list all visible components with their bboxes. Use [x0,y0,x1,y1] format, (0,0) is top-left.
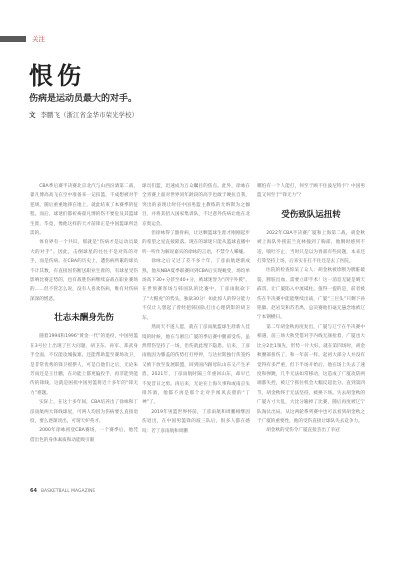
paragraph: 2000年徐咏初登CBA赛场，一个赛季后，他凭借出色的身体素质和动能吸引眼 [30,426,138,445]
section-bar [0,36,26,42]
article-title: 恨伤 [29,56,85,91]
paragraph: 医院的检查惊呆了众人：胡金秋被诊断为脾脏破裂，脾脏出血，需要立即手术！这一消息无… [257,266,365,322]
paragraph: 徐咏之后又过了差不多十年，丁彦雨航逐渐成熟，他从NBA夏季联赛回到CBA后实现蜕… [142,257,250,323]
byline: 文李鹏飞（浙江省金华市荣光学校） [29,110,138,119]
page-footer: 64 BASKETBALL MAGAZINE [30,488,95,494]
paragraph: 2019年男篮世界杯前，丁彦雨航和周鹏相继因伤退出，在中国男篮锋的波三队后，很多… [142,408,250,436]
article-subtitle: 伤病是运动员最大的对手。 [29,91,137,104]
paragraph: CBA季后赛半决赛北京北汽与山西汾酒第二战，翟凡博高高飞在空中准备来一记扣篮，不… [30,182,138,238]
text-column-1: CBA季后赛半决赛北京北汽与山西汾酒第二战，翟凡博高高飞在空中准备来一记扣篮，不… [30,182,138,445]
paragraph: 体育界有一个共识，那就是“伤病才是运动员最大的对手”。因此，击倒球星的往往不是对… [30,238,138,304]
text-column-2: 球员们篮，迅速成为万众瞩目的焦点。此外，徐咏在全青赛上面对世界同年龄段的高手也敢… [142,182,250,436]
paragraph: 实际上，在这十多年间，CBA培养出了徐咏和丁彦雨航两大锋线球星，可两人均因为伤病… [30,398,138,426]
paragraph: 球员们篮，迅速成为万众瞩目的焦点。此外，徐咏在全青赛上面对世界同年龄段的高手也敢… [142,182,250,229]
section-tag: 关注 [0,34,45,43]
text-column-3: 哪怕有一个人能打，何至于顾不住波尼特卡？中国男篮又何至于“锋无力”？ 受伤致队运… [257,182,365,436]
paragraph: 随着1994和1996“黄金一代”的退役，中国男篮在3号位上出现了巨大问题，胡卫… [30,332,138,398]
section-heading: 受伤致队运扭转 [257,209,365,221]
magazine-name: BASKETBALL MAGAZINE [41,489,95,494]
byline-prefix: 文 [29,111,36,119]
paragraph: 但徐咏得了髌骨病，让这颗篮球生涯才刚刚起步的希望之星直接陨落。现在的球迷只能从篮… [142,229,250,257]
paragraph: 胡金秋的受伤令广厦直接丢出了争冠 [257,426,365,435]
byline-author: 李鹏飞（浙江省金华市荣光学校） [41,111,139,119]
section-heading: 壮志未酬身先伤 [30,312,138,324]
page-number: 64 [30,488,37,494]
paragraph: 2022年CBA半决赛广厦和上海第二战，胡金秋被上海队外援雷兰克林撞到了胸部，他… [257,229,365,267]
section-label: 关注 [32,34,45,43]
paragraph: 第二年胡金秋再度复出，广厦与辽宁在半决赛中相遇，前三场大秋凭借对手内线无颜抢着，… [257,323,365,426]
paragraph: 然而天不遂人愿，就在丁彦雨航篮球生涯新人佳境的时候，他在与浙江广厦的季后赛中腿部… [142,323,250,408]
paragraph: 哪怕有一个人能打，何至于顾不住波尼特卡？中国男篮又何至于“锋无力”？ [257,182,365,201]
